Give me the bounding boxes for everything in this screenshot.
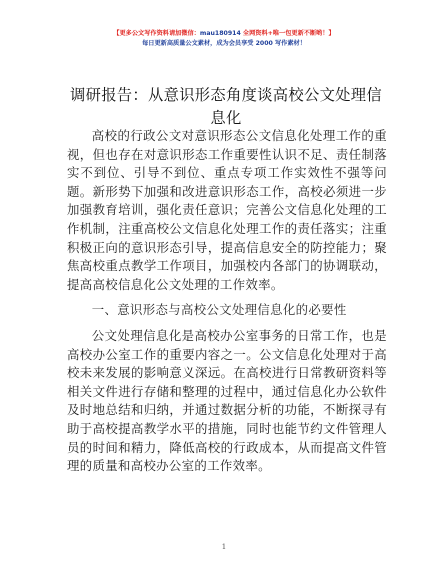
section-heading: 一、意识形态与高校公文处理信息化的必要性 bbox=[67, 301, 387, 320]
document-page: 【更多公文写作资料请加微信：mau180914 全网资料+唯一包更新不断哟！】 … bbox=[0, 0, 448, 580]
paragraph-intro: 高校的行政公文对意识形态公文信息化处理工作的重视，但也存在对意识形态工作重要性认… bbox=[67, 127, 387, 294]
paragraph-section-1: 公文处理信息化是高校办公室事务的日常工作，也是高校办公室工作的重要内容之一。公文… bbox=[67, 327, 387, 476]
promo-banner-line-2: 每日更新高质量公文素材，成为会员享受 2000 写作素材！ bbox=[0, 39, 448, 49]
document-body: 高校的行政公文对意识形态公文信息化处理工作的重视，但也存在对意识形态工作重要性认… bbox=[67, 127, 387, 476]
promo-suffix: 全网资料+唯一包更新不断哟！】 bbox=[241, 30, 335, 37]
document-title: 调研报告：从意识形态角度谈高校公文处理信息化 bbox=[66, 84, 386, 130]
promo-banner: 【更多公文写作资料请加微信：mau180914 全网资料+唯一包更新不断哟！】 … bbox=[0, 29, 448, 49]
promo-prefix: 【更多公文写作资料请加微信： bbox=[113, 30, 200, 37]
wechat-id: mau180914 bbox=[200, 30, 241, 37]
promo-banner-line-1: 【更多公文写作资料请加微信：mau180914 全网资料+唯一包更新不断哟！】 bbox=[0, 29, 448, 39]
page-number: 1 bbox=[0, 543, 448, 551]
